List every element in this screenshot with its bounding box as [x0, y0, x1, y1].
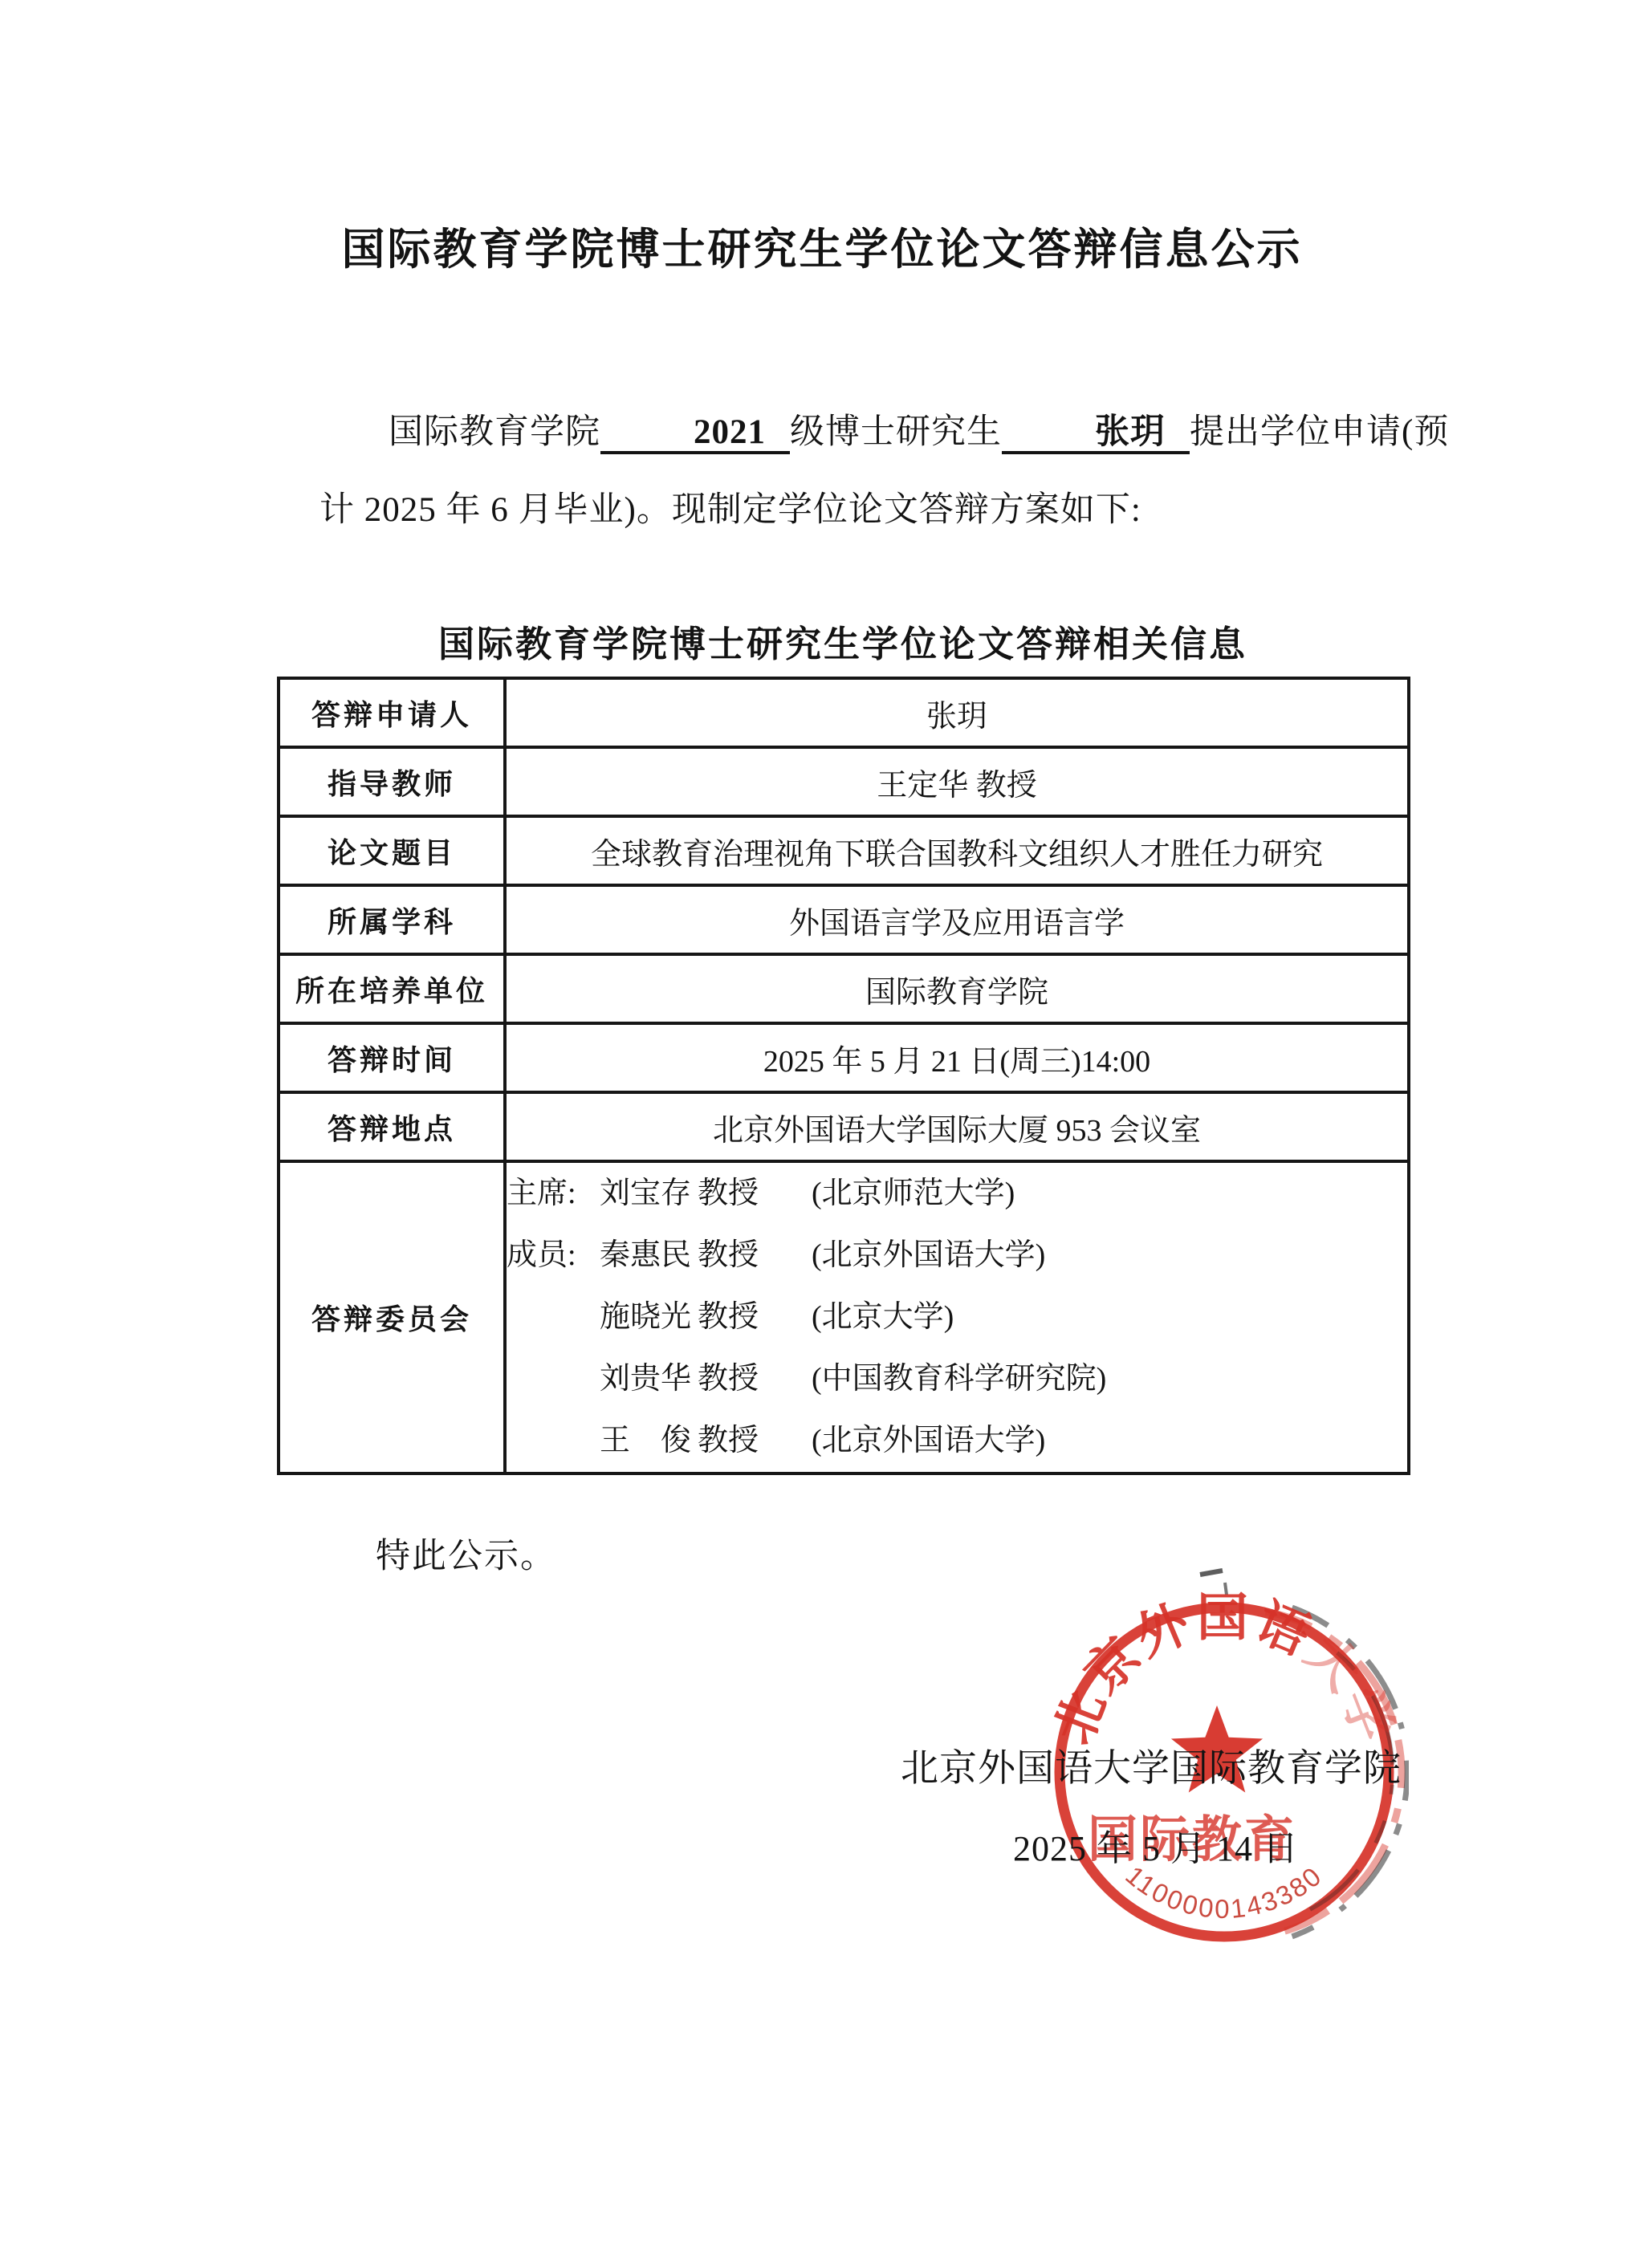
committee-member-affiliation: (北京大学): [812, 1300, 954, 1334]
ink-mark: [1200, 1571, 1223, 1575]
committee-line: 主席:刘宝存教授(北京师范大学): [507, 1163, 1407, 1225]
row-label: 所在培养单位: [279, 954, 505, 1023]
committee-member-title: 教授: [698, 1163, 765, 1225]
table-heading: 国际教育学院博士研究生学位论文答辩相关信息: [277, 615, 1409, 667]
table-row: 所在培养单位 国际教育学院: [279, 954, 1409, 1023]
table-row: 答辩地点 北京外国语大学国际大厦 953 会议室: [279, 1092, 1409, 1161]
row-value: 张玥: [505, 678, 1409, 747]
committee-member-affiliation: (北京外国语大学): [812, 1238, 1045, 1272]
committee-member-name: 刘贵华: [600, 1348, 698, 1410]
row-value: 北京外国语大学国际大厦 953 会议室: [505, 1092, 1409, 1161]
committee-member-name: 刘宝存: [600, 1163, 698, 1225]
document-title: 国际教育学院博士研究生学位论文答辩信息公示: [0, 215, 1644, 277]
committee-line: 王 俊教授(北京外国语大学): [507, 1410, 1407, 1472]
signature-date: 2025 年 5 月 14 日: [1013, 1819, 1299, 1871]
table-row: 答辩申请人 张玥: [279, 678, 1409, 747]
row-label: 答辩申请人: [279, 678, 505, 747]
row-value: 王定华 教授: [505, 747, 1409, 816]
closing-statement: 特此公示。: [376, 1529, 556, 1578]
committee-member-name: 秦惠民: [600, 1225, 698, 1286]
signature-organization: 北京外国语大学国际教育学院: [901, 1738, 1402, 1792]
row-label: 指导教师: [279, 747, 505, 816]
committee-label: 答辩委员会: [279, 1161, 505, 1473]
defense-info-table: 答辩申请人 张玥 指导教师 王定华 教授 论文题目 全球教育治理视角下联合国教科…: [277, 677, 1410, 1475]
document-page: 国际教育学院博士研究生学位论文答辩信息公示 国际教育学院2021级博士研究生张玥…: [0, 0, 1644, 2268]
table-row: 论文题目 全球教育治理视角下联合国教科文组织人才胜任力研究: [279, 816, 1409, 885]
committee-role: 主席:: [507, 1163, 600, 1225]
committee-members: 主席:刘宝存教授(北京师范大学) 成员:秦惠民教授(北京外国语大学) 施晓光教授…: [505, 1161, 1409, 1473]
intro-text: 提出学位申请(预: [1190, 413, 1449, 451]
intro-text: 级博士研究生: [790, 413, 1002, 451]
row-value: 全球教育治理视角下联合国教科文组织人才胜任力研究: [505, 816, 1409, 885]
committee-member-affiliation: (中国教育科学研究院): [812, 1362, 1106, 1396]
committee-line: 施晓光教授(北京大学): [507, 1286, 1407, 1348]
row-value: 国际教育学院: [505, 954, 1409, 1023]
row-label: 论文题目: [279, 816, 505, 885]
committee-row: 答辩委员会 主席:刘宝存教授(北京师范大学) 成员:秦惠民教授(北京外国语大学)…: [279, 1161, 1409, 1473]
committee-member-name: 王 俊: [600, 1410, 698, 1472]
committee-member-title: 教授: [698, 1410, 765, 1472]
committee-member-affiliation: (北京师范大学): [812, 1177, 1015, 1210]
committee-role: 成员:: [507, 1225, 600, 1286]
committee-member-affiliation: (北京外国语大学): [812, 1424, 1045, 1457]
intro-paragraph: 国际教育学院2021级博士研究生张玥提出学位申请(预 计 2025 年 6 月毕…: [319, 393, 1405, 549]
committee-member-title: 教授: [698, 1225, 765, 1286]
table-row: 所属学科 外国语言学及应用语言学: [279, 885, 1409, 954]
cohort-year-underlined: 2021: [600, 413, 790, 454]
student-name-underlined: 张玥: [1002, 413, 1190, 454]
table-row: 指导教师 王定华 教授: [279, 747, 1409, 816]
committee-line: 成员:秦惠民教授(北京外国语大学): [507, 1225, 1407, 1286]
committee-member-title: 教授: [698, 1286, 765, 1348]
committee-line: 刘贵华教授(中国教育科学研究院): [507, 1348, 1407, 1410]
intro-line-2: 计 2025 年 6 月毕业)。现制定学位论文答辩方案如下:: [319, 471, 1405, 549]
row-label: 答辩地点: [279, 1092, 505, 1161]
row-label: 所属学科: [279, 885, 505, 954]
intro-line-1: 国际教育学院2021级博士研究生张玥提出学位申请(预: [319, 393, 1405, 471]
intro-text: 国际教育学院: [389, 413, 600, 451]
committee-member-title: 教授: [698, 1348, 765, 1410]
row-value: 外国语言学及应用语言学: [505, 885, 1409, 954]
committee-member-name: 施晓光: [600, 1286, 698, 1348]
table-row: 答辩时间 2025 年 5 月 21 日(周三)14:00: [279, 1023, 1409, 1092]
row-value: 2025 年 5 月 21 日(周三)14:00: [505, 1023, 1409, 1092]
row-label: 答辩时间: [279, 1023, 505, 1092]
